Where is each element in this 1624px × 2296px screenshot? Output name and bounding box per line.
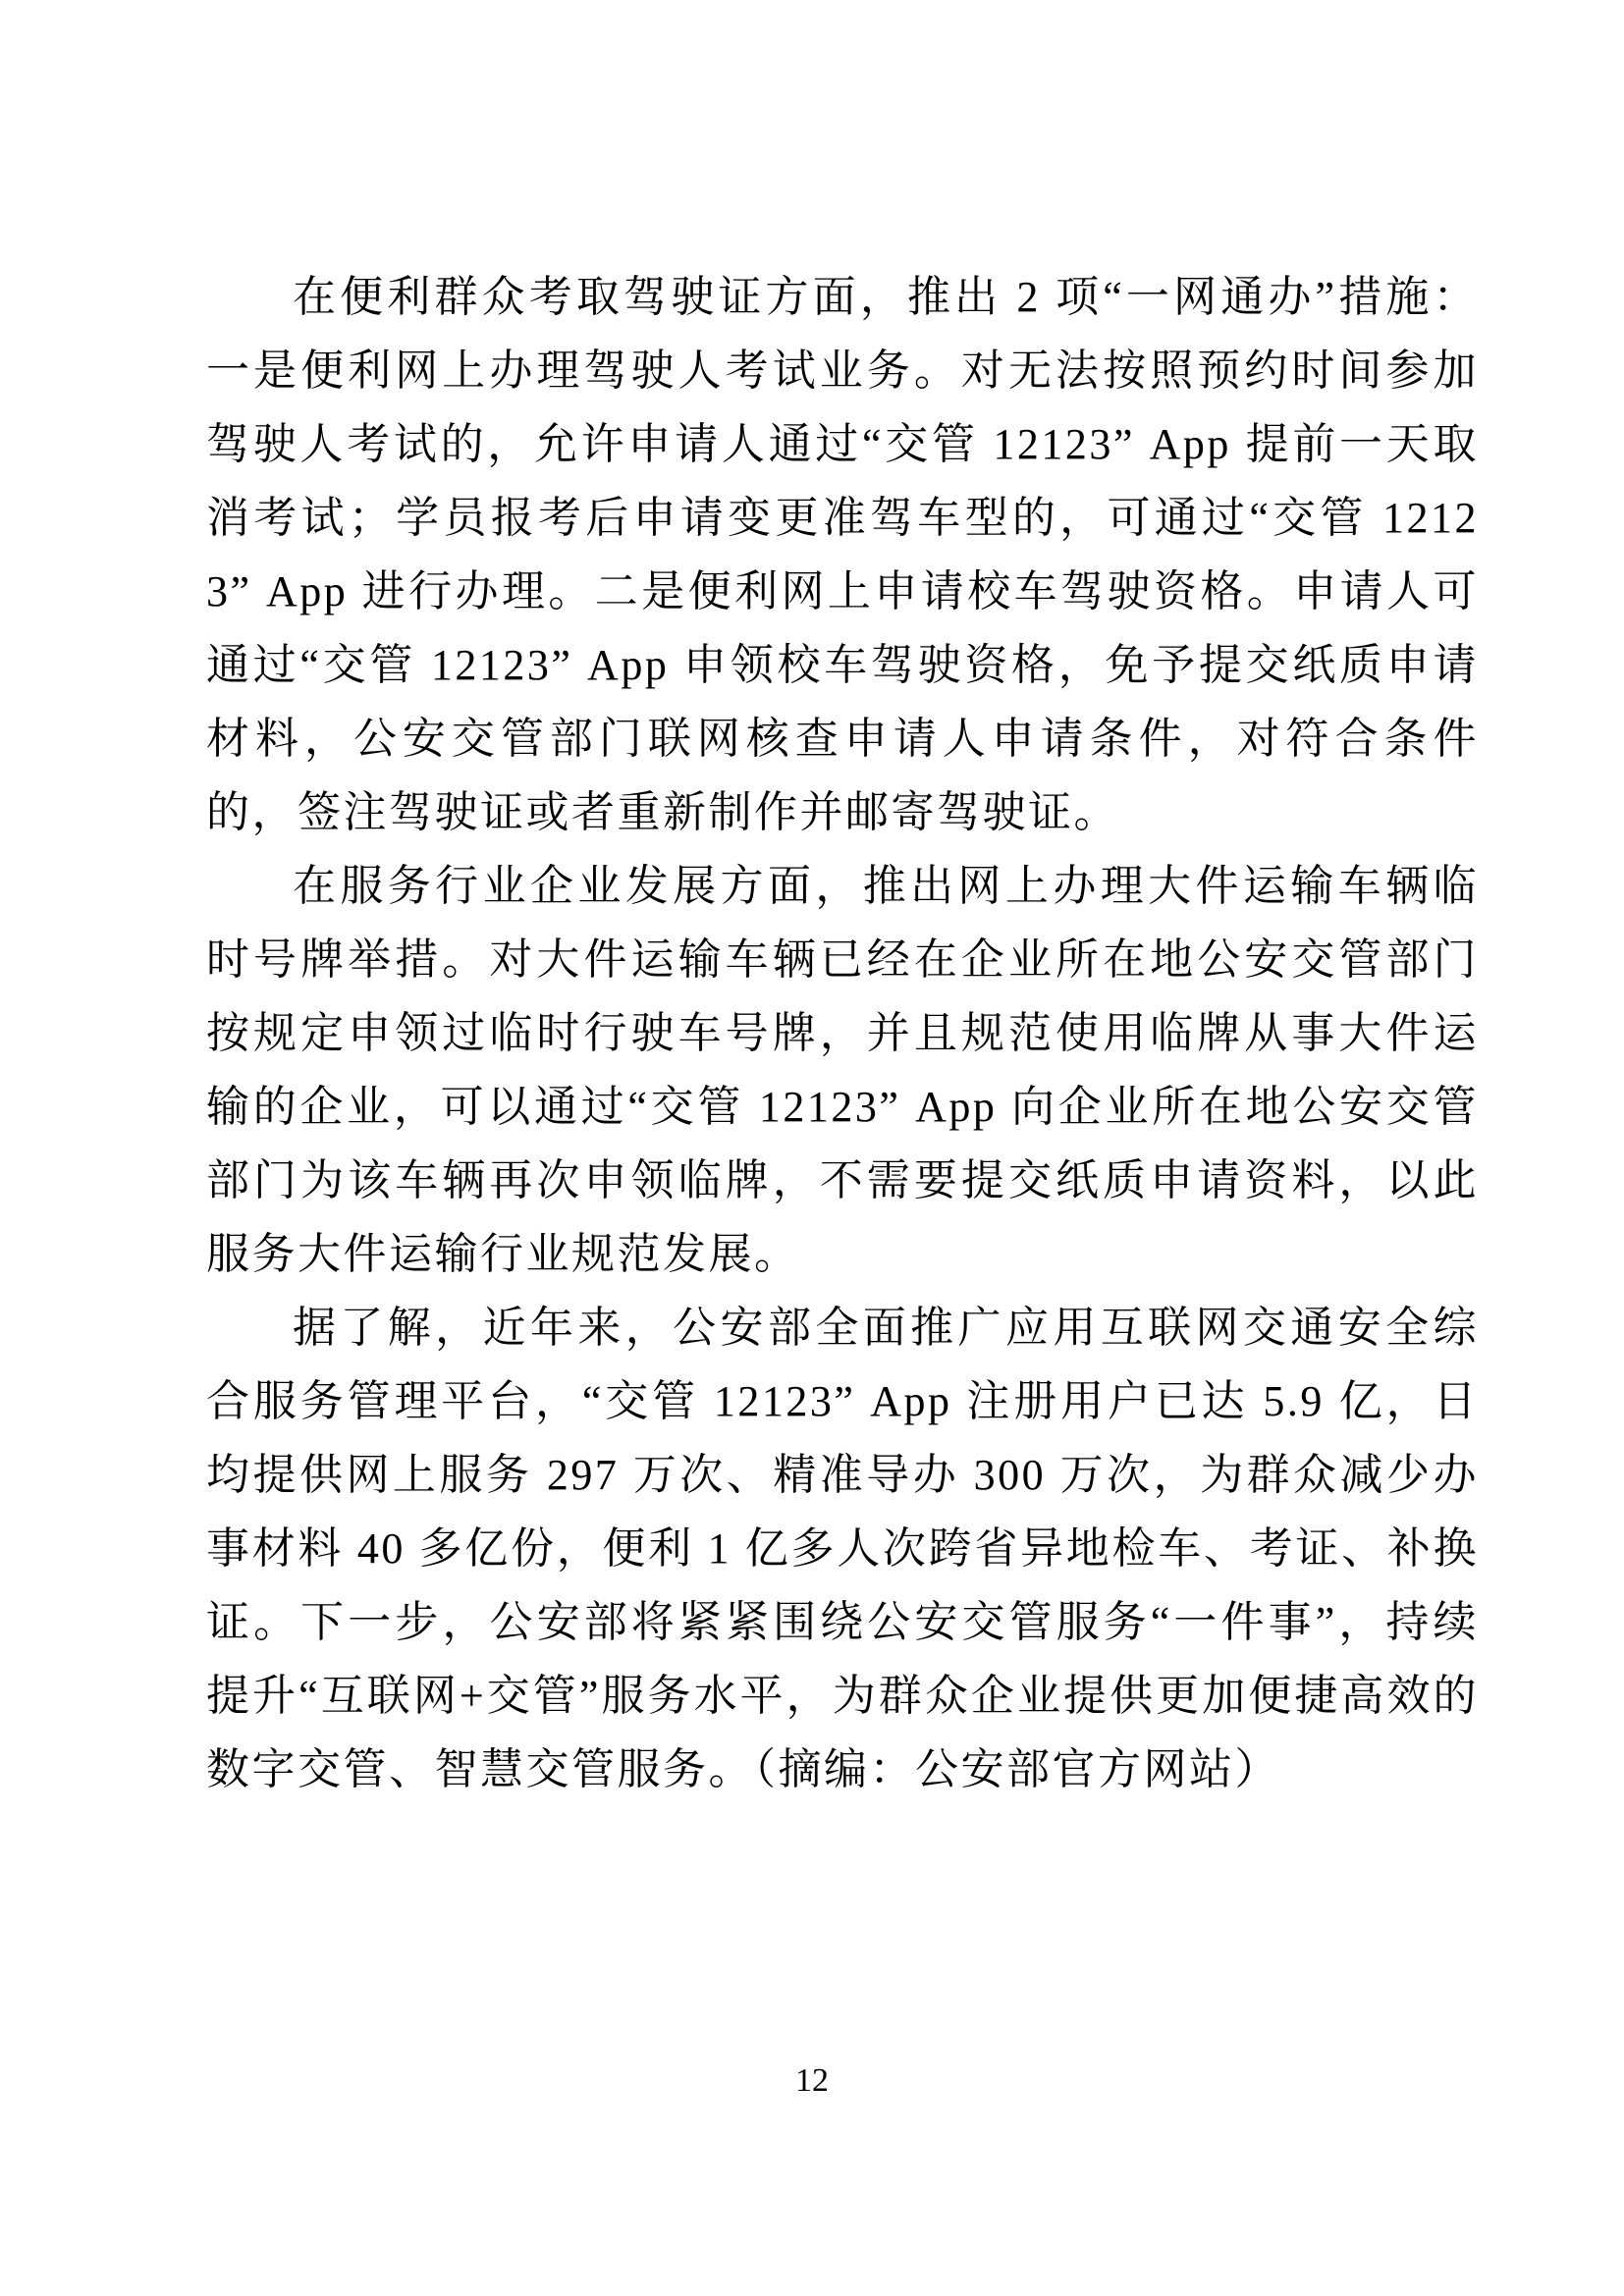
paragraph-platform-statistics: 据了解，近年来，公安部全面推广应用互联网交通安全综合服务管理平台，“交管 121… — [206, 1291, 1479, 1806]
paragraph-driver-exam-measures: 在便利群众考取驾驶证方面，推出 2 项“一网通办”措施：一是便利网上办理驾驶人考… — [206, 260, 1479, 849]
paragraph-industry-enterprise-measures: 在服务行业企业发展方面，推出网上办理大件运输车辆临时号牌举措。对大件运输车辆已经… — [206, 849, 1479, 1291]
document-page: 在便利群众考取驾驶证方面，推出 2 项“一网通办”措施：一是便利网上办理驾驶人考… — [0, 0, 1624, 2296]
page-number: 12 — [0, 2061, 1624, 2101]
document-body: 在便利群众考取驾驶证方面，推出 2 项“一网通办”措施：一是便利网上办理驾驶人考… — [206, 260, 1479, 1806]
